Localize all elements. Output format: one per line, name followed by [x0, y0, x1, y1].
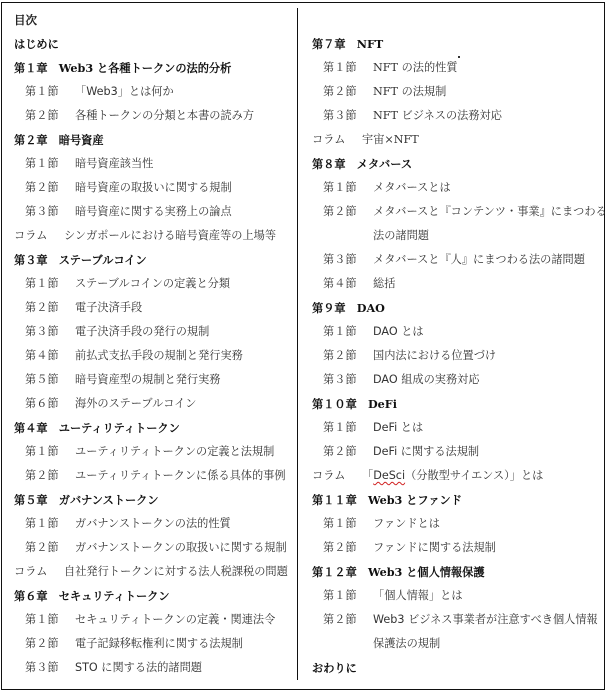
entry-title: ガバナンストークンの法的性質 — [75, 517, 231, 530]
entry-title: 「DeSci（分散型サイエンス）」とは — [362, 469, 543, 482]
entry-number: 第１節 — [25, 512, 75, 536]
entry-title: NFT の法規制 — [373, 85, 446, 98]
entry-number: 第１節 — [25, 80, 75, 104]
entry-title: シンガポールにおける暗号資産等の上場等 — [64, 229, 276, 242]
section-entry: 第１節ユーティリティトークンの定義と法規制 — [14, 440, 294, 464]
entry-title: Web3 ビジネス事業者が注意すべき個人情報 — [373, 613, 598, 626]
chapter-heading: 第１２章 Web3 と個人情報保護 — [312, 560, 602, 584]
spacer — [312, 8, 602, 32]
chapter-heading: はじめに — [14, 32, 294, 56]
entry-number: 第１節 — [323, 320, 373, 344]
section-entry: 第２節メタバースと『コンテンツ・事業』にまつわる — [312, 200, 602, 224]
chapter-heading: 第１章 Web3 と各種トークンの法的分析 — [14, 56, 294, 80]
toc-right-column: 第７章 NFT第１節NFT の法的性質第２節NFT の法規制第３節NFT ビジネ… — [312, 8, 602, 680]
entry-number: 第２節 — [25, 632, 75, 656]
section-entry: 第１節セキュリティトークンの定義・関連法令 — [14, 608, 294, 632]
section-continuation: 保護法の規制 — [312, 632, 602, 656]
entry-number: 第３節 — [323, 248, 373, 272]
section-entry: 第１節「個人情報」とは — [312, 584, 602, 608]
section-entry: 第４節総括 — [312, 272, 602, 296]
section-entry: 第３節電子決済手段の発行の規制 — [14, 320, 294, 344]
chapter-heading: 第４章 ユーティリティトークン — [14, 416, 294, 440]
section-entry: 第３節DAO 組成の実務対応 — [312, 368, 602, 392]
entry-title: DeFi とは — [373, 421, 423, 434]
section-entry: 第５節暗号資産型の規制と発行実務 — [14, 368, 294, 392]
entry-title: ステーブルコインの定義と分類 — [75, 277, 230, 290]
chapter-heading: おわりに — [312, 656, 602, 680]
chapter-heading: 第３章 ステーブルコイン — [14, 248, 294, 272]
section-entry: 第１節暗号資産該当性 — [14, 152, 294, 176]
toc-left-column: 目次 はじめに第１章 Web3 と各種トークンの法的分析第１節「Web3」とは何… — [14, 8, 294, 680]
entry-number: 第２節 — [323, 440, 373, 464]
section-entry: 第２節暗号資産の取扱いに関する規制 — [14, 176, 294, 200]
column-entry: コラム「DeSci（分散型サイエンス）」とは — [312, 464, 602, 488]
entry-title: 電子決済手段 — [75, 301, 142, 314]
section-entry: 第２節Web3 ビジネス事業者が注意すべき個人情報 — [312, 608, 602, 632]
entry-number: 第２節 — [323, 80, 373, 104]
section-continuation: 法の諸問題 — [312, 224, 602, 248]
entry-number: 第１節 — [25, 608, 75, 632]
entry-title: セキュリティトークンの定義・関連法令 — [75, 613, 275, 626]
entry-title: 各種トークンの分類と本書の読み方 — [75, 109, 254, 122]
section-entry: 第１節DAO とは — [312, 320, 602, 344]
column-divider — [297, 8, 298, 680]
entry-number: 第３節 — [25, 656, 75, 680]
entry-number: 第１節 — [323, 584, 373, 608]
entry-number: 第２節 — [25, 464, 75, 488]
entry-number: 第１節 — [25, 272, 75, 296]
entry-number: 第２節 — [323, 200, 373, 224]
entry-number: コラム — [312, 464, 362, 488]
entry-title: NFT の法的性質 — [373, 61, 458, 74]
section-entry: 第１節「Web3」とは何か — [14, 80, 294, 104]
entry-title: 海外のステーブルコイン — [75, 397, 197, 410]
entry-number: 第３節 — [25, 200, 75, 224]
entry-number: 第２節 — [323, 344, 373, 368]
section-entry: 第３節STO に関する法的諸問題 — [14, 656, 294, 680]
entry-title: 総括 — [373, 277, 395, 290]
entry-title: ユーティリティトークンの定義と法規制 — [75, 445, 274, 458]
section-entry: 第２節各種トークンの分類と本書の読み方 — [14, 104, 294, 128]
section-entry: 第２節NFT の法規制 — [312, 80, 602, 104]
entry-title: 暗号資産該当性 — [75, 157, 153, 170]
entry-title: 電子記録移転権利に関する法規制 — [75, 637, 243, 650]
entry-title: DAO とは — [373, 325, 424, 338]
entry-number: 第２節 — [25, 296, 75, 320]
entry-title: 「Web3」とは何か — [75, 85, 174, 98]
section-entry: 第１節メタバースとは — [312, 176, 602, 200]
chapter-heading: 第２章 暗号資産 — [14, 128, 294, 152]
entry-title: 暗号資産に関する実務上の論点 — [75, 205, 232, 218]
entry-number: 第３節 — [323, 368, 373, 392]
section-entry: 第２節電子決済手段 — [14, 296, 294, 320]
entry-number: 第４節 — [323, 272, 373, 296]
entry-title: メタバースと『人』にまつわる法の諸問題 — [373, 253, 585, 266]
section-entry: 第２節ファンドに関する法規制 — [312, 536, 602, 560]
chapter-heading: 第７章 NFT — [312, 32, 602, 56]
section-entry: 第４節前払式支払手段の規制と発行実務 — [14, 344, 294, 368]
entry-number: 第１節 — [323, 416, 373, 440]
chapter-heading: 第８章 メタバース — [312, 152, 602, 176]
entry-title: 自社発行トークンに対する法人税課税の問題 — [64, 565, 288, 578]
entry-number: 第３節 — [25, 320, 75, 344]
entry-number: 第２節 — [25, 536, 75, 560]
entry-number: 第３節 — [323, 104, 373, 128]
section-entry: 第２節ユーティリティトークンに係る具体的事例 — [14, 464, 294, 488]
section-entry: 第３節NFT ビジネスの法務対応 — [312, 104, 602, 128]
entry-title: 宇宙×NFT — [362, 133, 419, 146]
entry-title: 「個人情報」とは — [373, 589, 463, 602]
entry-title: 前払式支払手段の規制と発行実務 — [75, 349, 243, 362]
entry-title: ユーティリティトークンに係る具体的事例 — [75, 469, 286, 482]
section-entry: 第３節メタバースと『人』にまつわる法の諸問題 — [312, 248, 602, 272]
entry-title: ファンドとは — [373, 517, 440, 530]
entry-title: ファンドに関する法規制 — [373, 541, 496, 554]
toc-title: 目次 — [14, 8, 294, 32]
entry-title: NFT ビジネスの法務対応 — [373, 109, 502, 122]
column-entry: コラム自社発行トークンに対する法人税課税の問題 — [14, 560, 294, 584]
entry-title: DAO 組成の実務対応 — [373, 373, 480, 386]
entry-number: コラム — [14, 224, 64, 248]
entry-number: コラム — [312, 128, 362, 152]
entry-number: 第６節 — [25, 392, 75, 416]
entry-number: 第２節 — [323, 608, 373, 632]
column-entry: コラム宇宙×NFT — [312, 128, 602, 152]
entry-title: 暗号資産型の規制と発行実務 — [75, 373, 220, 386]
section-entry: 第３節暗号資産に関する実務上の論点 — [14, 200, 294, 224]
section-entry: 第２節電子記録移転権利に関する法規制 — [14, 632, 294, 656]
entry-number: 第１節 — [25, 440, 75, 464]
chapter-heading: 第６章 セキュリティトークン — [14, 584, 294, 608]
section-entry: 第２節ガバナンストークンの取扱いに関する規制 — [14, 536, 294, 560]
entry-title: 暗号資産の取扱いに関する規制 — [75, 181, 232, 194]
section-entry: 第２節DeFi に関する法規制 — [312, 440, 602, 464]
entry-title: メタバースとは — [373, 181, 451, 194]
chapter-heading: 第１０章 DeFi — [312, 392, 602, 416]
entry-number: 第２節 — [25, 104, 75, 128]
entry-title: 電子決済手段の発行の規制 — [75, 325, 209, 338]
section-entry: 第２節国内法における位置づけ — [312, 344, 602, 368]
entry-number: 第２節 — [25, 176, 75, 200]
section-entry: 第１節ガバナンストークンの法的性質 — [14, 512, 294, 536]
entry-number: 第１節 — [323, 512, 373, 536]
section-entry: 第１節ファンドとは — [312, 512, 602, 536]
entry-title: DeFi に関する法規制 — [373, 445, 479, 458]
section-entry: 第１節DeFi とは — [312, 416, 602, 440]
entry-number: 第４節 — [25, 344, 75, 368]
entry-number: 第５節 — [25, 368, 75, 392]
entry-number: 第２節 — [323, 536, 373, 560]
section-entry: 第１節ステーブルコインの定義と分類 — [14, 272, 294, 296]
entry-title: ガバナンストークンの取扱いに関する規制 — [75, 541, 287, 554]
entry-number: 第１節 — [25, 152, 75, 176]
chapter-heading: 第５章 ガバナンストークン — [14, 488, 294, 512]
section-entry: 第１節NFT の法的性質 — [312, 56, 602, 80]
chapter-heading: 第９章 DAO — [312, 296, 602, 320]
entry-number: コラム — [14, 560, 64, 584]
column-entry: コラムシンガポールにおける暗号資産等の上場等 — [14, 224, 294, 248]
section-entry: 第６節海外のステーブルコイン — [14, 392, 294, 416]
entry-number: 第１節 — [323, 56, 373, 80]
chapter-heading: 第１１章 Web3 とファンド — [312, 488, 602, 512]
entry-title: 国内法における位置づけ — [373, 349, 496, 362]
entry-number: 第１節 — [323, 176, 373, 200]
entry-title: STO に関する法的諸問題 — [75, 661, 202, 674]
entry-title: メタバースと『コンテンツ・事業』にまつわる — [373, 205, 607, 218]
